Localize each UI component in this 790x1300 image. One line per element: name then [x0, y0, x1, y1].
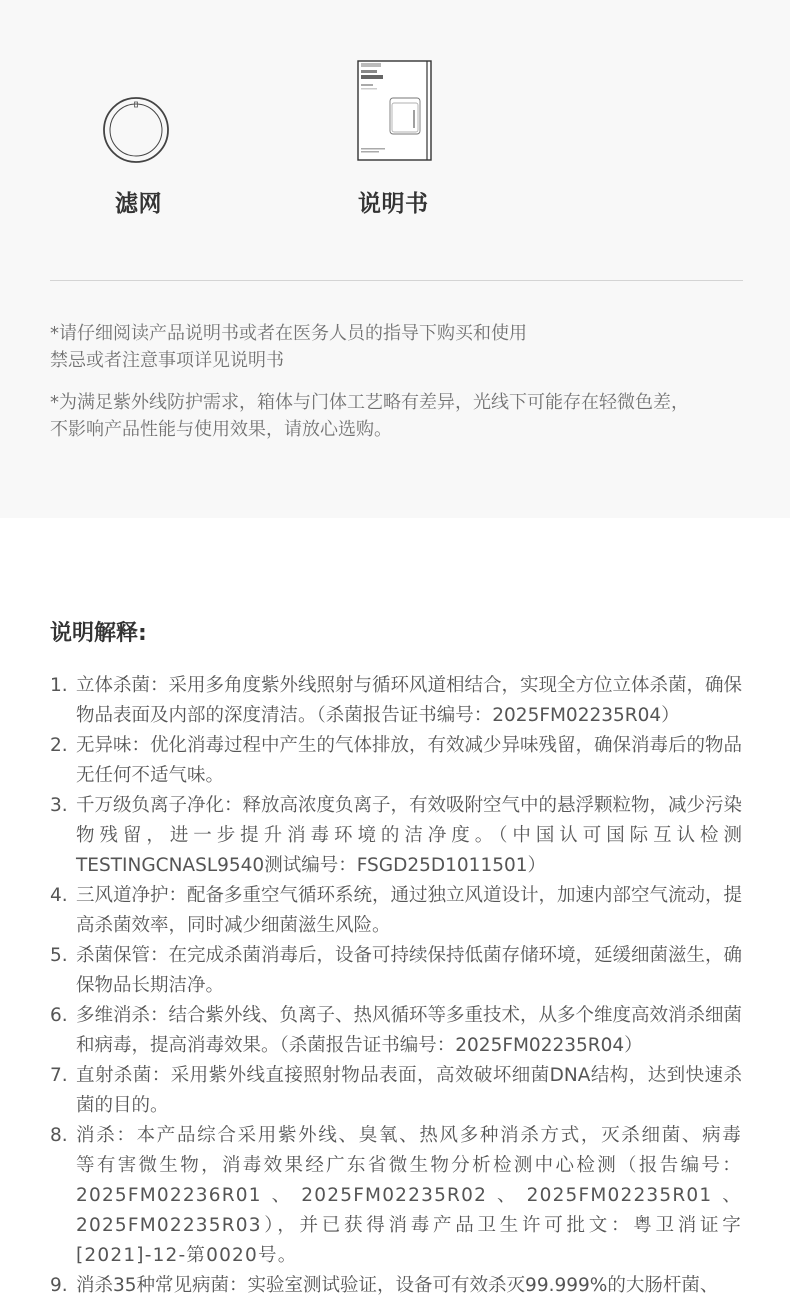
- list-item: 8. 消杀：本产品综合采用紫外线、臭氧、热风多种消杀方式，灭杀细菌、病毒等有害微…: [50, 1121, 742, 1271]
- list-item: 1. 立体杀菌：采用多角度紫外线照射与循环风道相结合，实现全方位立体杀菌，确保物…: [50, 671, 742, 731]
- item-text: 消杀：本产品综合采用紫外线、臭氧、热风多种消杀方式，灭杀细菌、病毒等有害微生物，…: [76, 1121, 742, 1271]
- accessories-section: 滤网 说明书 *请仔细阅读产品说明书或者在医务人员的指导下购买和使用 禁忌或者注…: [0, 0, 790, 518]
- list-item: 4. 三风道净护：配备多重空气循环系统，通过独立风道设计，加速内部空气流动，提高…: [50, 881, 742, 941]
- item-text: 三风道净护：配备多重空气循环系统，通过独立风道设计，加速内部空气流动，提高杀菌效…: [76, 881, 742, 941]
- item-number: 4.: [50, 881, 72, 911]
- item-number: 9.: [50, 1271, 72, 1300]
- item-text: 消杀35种常见病菌：实验室测试验证，设备可有效杀灭99.999%的大肠杆菌、: [76, 1271, 742, 1300]
- manual-label: 说明书: [358, 185, 429, 218]
- divider: [50, 280, 743, 281]
- manual-booklet-icon: [357, 60, 433, 162]
- item-number: 2.: [50, 731, 72, 761]
- list-item: 9. 消杀35种常见病菌：实验室测试验证，设备可有效杀灭99.999%的大肠杆菌…: [50, 1271, 742, 1300]
- list-item: 3. 千万级负离子净化：释放高浓度负离子，有效吸附空气中的悬浮颗粒物，减少污染物…: [50, 791, 742, 881]
- color-difference-note: *为满足紫外线防护需求，箱体与门体工艺略有差异，光线下可能存在轻微色差， 不影响…: [50, 389, 689, 443]
- explanation-list: 1. 立体杀菌：采用多角度紫外线照射与循环风道相结合，实现全方位立体杀菌，确保物…: [50, 671, 742, 1300]
- item-number: 5.: [50, 941, 72, 971]
- list-item: 2. 无异味：优化消毒过程中产生的气体排放，有效减少异味残留，确保消毒后的物品无…: [50, 731, 742, 791]
- filter-ring-icon: [102, 96, 170, 164]
- purchase-note-line-1: *请仔细阅读产品说明书或者在医务人员的指导下购买和使用: [50, 320, 527, 347]
- item-text: 立体杀菌：采用多角度紫外线照射与循环风道相结合，实现全方位立体杀菌，确保物品表面…: [76, 671, 742, 731]
- item-text: 直射杀菌：采用紫外线直接照射物品表面，高效破坏细菌DNA结构，达到快速杀菌的目的…: [76, 1061, 742, 1121]
- filter-label: 滤网: [115, 185, 162, 218]
- item-number: 6.: [50, 1001, 72, 1031]
- item-text: 杀菌保管：在完成杀菌消毒后，设备可持续保持低菌存储环境，延缓细菌滋生，确保物品长…: [76, 941, 742, 1001]
- explanation-title: 说明解释:: [50, 616, 147, 647]
- list-item: 7. 直射杀菌：采用紫外线直接照射物品表面，高效破坏细菌DNA结构，达到快速杀菌…: [50, 1061, 742, 1121]
- item-number: 8.: [50, 1121, 72, 1151]
- item-text: 无异味：优化消毒过程中产生的气体排放，有效减少异味残留，确保消毒后的物品无任何不…: [76, 731, 742, 791]
- color-note-line-2: 不影响产品性能与使用效果，请放心选购。: [50, 416, 689, 443]
- color-note-line-1: *为满足紫外线防护需求，箱体与门体工艺略有差异，光线下可能存在轻微色差，: [50, 389, 689, 416]
- item-number: 1.: [50, 671, 72, 701]
- purchase-note-line-2: 禁忌或者注意事项详见说明书: [50, 347, 527, 374]
- list-item: 6. 多维消杀：结合紫外线、负离子、热风循环等多重技术，从多个维度高效消杀细菌和…: [50, 1001, 742, 1061]
- list-item: 5. 杀菌保管：在完成杀菌消毒后，设备可持续保持低菌存储环境，延缓细菌滋生，确保…: [50, 941, 742, 1001]
- item-number: 7.: [50, 1061, 72, 1091]
- purchase-note: *请仔细阅读产品说明书或者在医务人员的指导下购买和使用 禁忌或者注意事项详见说明…: [50, 320, 527, 374]
- item-number: 3.: [50, 791, 72, 821]
- item-text: 多维消杀：结合紫外线、负离子、热风循环等多重技术，从多个维度高效消杀细菌和病毒，…: [76, 1001, 742, 1061]
- item-text: 千万级负离子净化：释放高浓度负离子，有效吸附空气中的悬浮颗粒物，减少污染物残留，…: [76, 791, 742, 881]
